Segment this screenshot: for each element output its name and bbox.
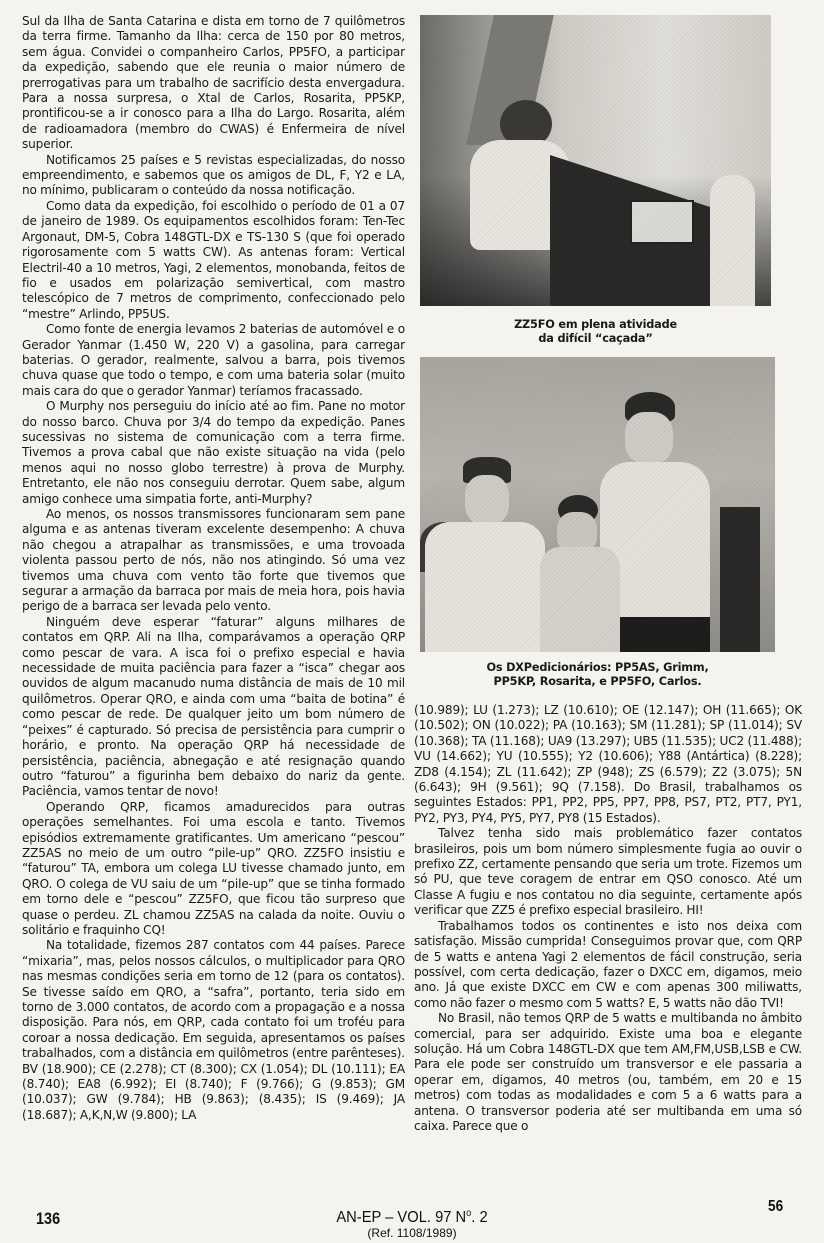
article-left-column: Sul da Ilha de Santa Catarina e dista em… [22,14,405,1123]
journal-reference: (Ref. 1108/1989) [0,1226,824,1240]
paragraph: Como data da expedição, foi escolhido o … [22,199,405,322]
journal-title: AN-EP – VOL. 97 No. 2 [33,1208,791,1227]
paragraph: Ninguém deve esperar “faturar” alguns mi… [22,615,405,800]
figure-caption-group: Os DXPedicionários: PP5AS, Grimm, PP5KP,… [420,661,775,689]
paragraph: Operando QRP, ficamos amadurecidos para … [22,800,405,939]
paragraph: Notificamos 25 países e 5 revistas espec… [22,153,405,199]
journal-name: AN-EP – VOL. 97 N [336,1209,466,1226]
figure-caption-operator: ZZ5FO em plena atividade da difícil “caç… [420,318,771,346]
caption-line: ZZ5FO em plena atividade [420,318,771,332]
paragraph: Ao menos, os nossos transmissores funcio… [22,507,405,615]
paragraph: Talvez tenha sido mais problemático faze… [414,826,802,918]
paragraph: Na totalidade, fizemos 287 contatos com … [22,938,405,1123]
paragraph: Sul da Ilha de Santa Catarina e dista em… [22,14,405,153]
paragraph: Trabalhamos todos os continentes e isto … [414,919,802,1011]
caption-line: PP5KP, Rosarita, e PP5FO, Carlos. [420,675,775,689]
paragraph: Como fonte de energia levamos 2 baterias… [22,322,405,399]
article-right-column: (10.989); LU (1.273); LZ (10.610); OE (1… [414,703,802,1134]
paragraph: O Murphy nos perseguiu do início até ao … [22,399,405,507]
page-number-right: 56 [768,1198,783,1216]
issue-number: . 2 [471,1209,487,1226]
photo-dxpedition-group [420,357,775,652]
caption-line: Os DXPedicionários: PP5AS, Grimm, [420,661,775,675]
photo-operator-at-radio [420,15,771,306]
caption-line: da difícil “caçada” [420,332,771,346]
paragraph: No Brasil, não temos QRP de 5 watts e mu… [414,1011,802,1134]
paragraph: (10.989); LU (1.273); LZ (10.610); OE (1… [414,703,802,826]
